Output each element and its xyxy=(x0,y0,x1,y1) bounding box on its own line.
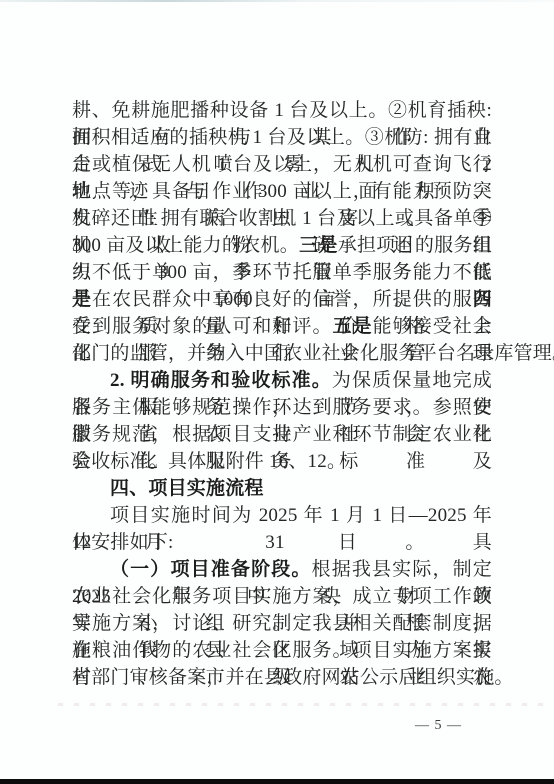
text-line: 是在农民群众中享有良好的信誉，所提供的服务在质量和价格上 xyxy=(72,286,492,313)
text-line: 实施方案，讨论、研究制定我县相关配套制度，在我县区域内实 xyxy=(72,610,492,637)
section-heading: 四、项目实施流程 xyxy=(72,475,492,502)
scan-edge-top xyxy=(0,0,554,2)
text-line: 300 亩及以上能力的农机。三是承担项目的服务组织单季服务能 xyxy=(72,232,492,259)
bold-text-segment: 是 xyxy=(72,289,92,310)
text-line: 部门的监管，并纳入中国农业社会化服务平台名录库管理。 xyxy=(72,340,492,367)
text-segment: 村部门审核备案，并在县政府网站公示后组织实施。 xyxy=(72,667,514,688)
text-line: （一）项目准备阶段。根据我县实际，制定 2025 年中央财政 xyxy=(72,556,492,583)
text-line: 地点等，具备日作业 300 亩以上，有能力预防突发性病虫害。④ xyxy=(72,178,492,205)
page-number: — 5 — xyxy=(72,718,462,734)
document-page: 耕、免耕施肥播种设备 1 台及以上。②机育插秧: 拥有与其作业面积相适应的插秧机… xyxy=(0,0,554,784)
text-segment: 验收标准。具体见附件 16、12。 xyxy=(72,451,346,472)
text-segment: 受到服务对象的认可和好评。 xyxy=(72,316,333,337)
text-line: 施粮油作物的农业社会化服务。项目实施方案报省、市级农业农 xyxy=(72,637,492,664)
bold-text-segment: 三是 xyxy=(299,235,338,256)
bold-text-segment: （一）项目准备阶段。 xyxy=(110,559,312,580)
document-body: 耕、免耕施肥播种设备 1 台及以上。②机育插秧: 拥有与其作业面积相适应的插秧机… xyxy=(72,97,492,691)
text-line: 面积相适应的插秧机 1 台及以上。③机防: 拥有自走式喷雾机 2 xyxy=(72,124,492,151)
bold-text-segment: 四、项目实施流程 xyxy=(110,478,264,499)
text-line: 受到服务对象的认可和好评。五是能够接受社会化服务行业管理 xyxy=(72,313,492,340)
bold-text-segment: 五是 xyxy=(333,316,373,337)
text-line: 村部门审核备案，并在县政府网站公示后组织实施。 xyxy=(72,664,492,691)
text-line: 2. 明确服务和验收标准。为保质保量地完成各服务环节，使 xyxy=(72,367,492,394)
bold-text-segment: 2. 明确服务和验收标准。 xyxy=(110,370,332,391)
text-segment: 300 亩及以上能力的农机。 xyxy=(72,235,299,256)
scan-edge-bottom xyxy=(0,779,554,784)
text-line: 服务规范，根据项目支持产业和环节制定农业社会化服务标准及 xyxy=(72,421,492,448)
text-line: 耕、免耕施肥播种设备 1 台及以上。②机育插秧: 拥有与其作业 xyxy=(72,97,492,124)
text-line: 力不低于 300 亩，多环节托管单季服务能力不低于 1000 亩。四 xyxy=(72,259,492,286)
text-line: 机碎还田: 拥有联合收割机 1 台及以上或具备单季机收粉碎还田 xyxy=(72,205,492,232)
text-segment: 体安排如下: xyxy=(72,532,173,553)
text-segment: 部门的监管，并纳入中国农业社会化服务平台名录库管理。 xyxy=(72,343,554,364)
text-line: 台或植保无人机 1 台及以上，无人机可查询飞行轨迹与作业面积、 xyxy=(72,151,492,178)
scan-artifact-line xyxy=(58,703,546,706)
text-line: 项目实施时间为 2025 年 1 月 1 日—2025 年 12 月 31 日。… xyxy=(72,502,492,529)
text-line: 服务主体能够规范操作，达到服务要求。参照安徽省农业社会化 xyxy=(72,394,492,421)
text-line: 农业社会化服务项目实施方案，成立专项工作领导小组。并根据 xyxy=(72,583,492,610)
